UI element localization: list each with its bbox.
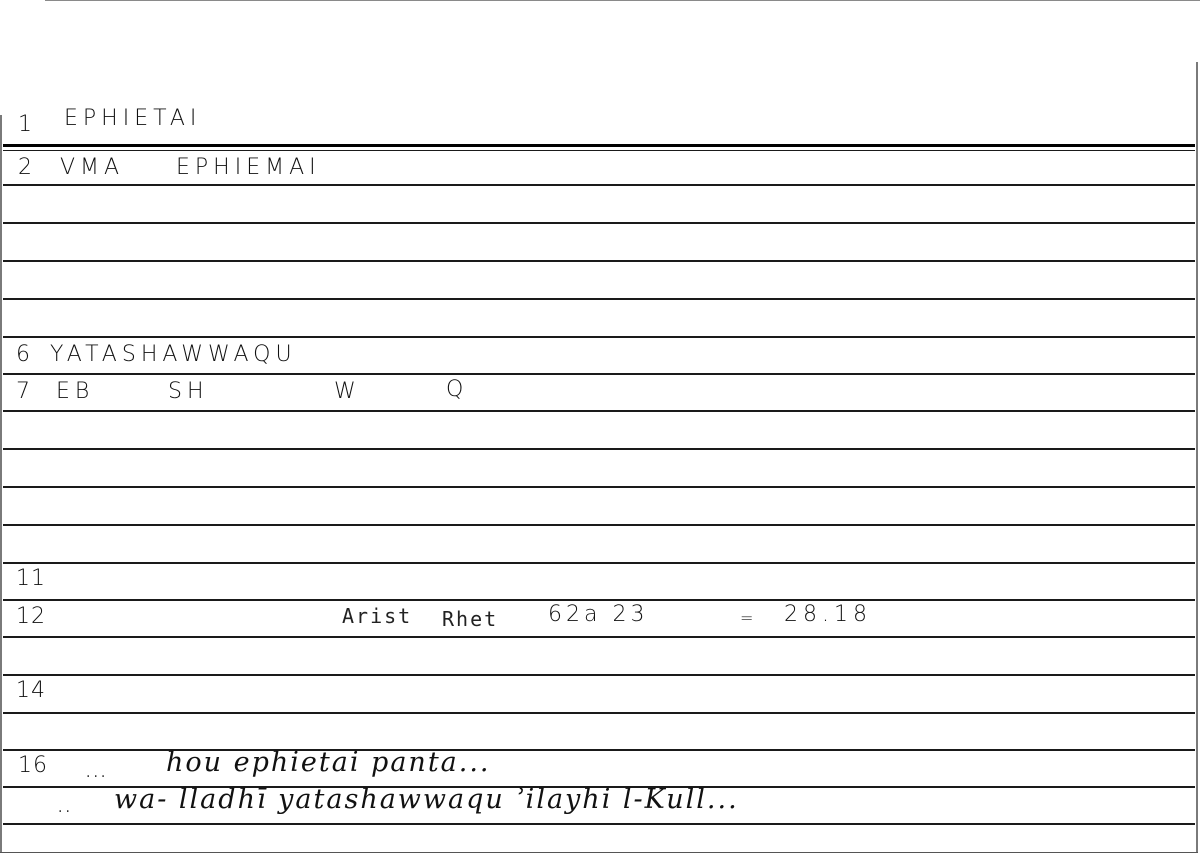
line-number-1: 1 xyxy=(18,112,33,137)
root-letter-q: Q xyxy=(446,377,468,402)
card-left-edge xyxy=(0,115,2,853)
ruled-line xyxy=(3,562,1195,564)
ruled-line xyxy=(3,636,1195,638)
ruled-line xyxy=(3,599,1195,601)
ruled-line xyxy=(3,298,1195,300)
line-number-6: 6 xyxy=(16,342,31,367)
equivalent-reference: 28.18 xyxy=(784,602,872,627)
ruled-line xyxy=(3,524,1195,526)
source-work: Rhet xyxy=(442,607,498,631)
root-letter-w: W xyxy=(334,379,361,404)
line-2-variant: EPHIEMAI xyxy=(176,155,321,180)
ruled-line xyxy=(3,184,1195,186)
line-number-7: 7 xyxy=(16,379,31,404)
ruled-line xyxy=(3,150,1195,151)
ruled-line xyxy=(3,486,1195,488)
ellipsis: ... xyxy=(86,765,108,781)
source-author: Arist xyxy=(342,604,412,628)
ruled-line xyxy=(3,712,1195,714)
ruled-line xyxy=(3,448,1195,450)
arabic-quotation: wa- lladhī yatashawwaqu ʾilayhi l-Kull..… xyxy=(114,784,739,815)
entry-headword: EPHIETAI xyxy=(64,106,201,131)
ruled-line xyxy=(3,373,1195,375)
ellipsis: .. xyxy=(58,800,73,816)
index-card: 1 EPHIETAI 2 VMA EPHIEMAI 6 YATASHAWWAQU… xyxy=(0,0,1200,859)
card-bottom-edge xyxy=(0,852,1198,853)
ruled-line xyxy=(3,410,1195,412)
ruled-line xyxy=(3,336,1195,338)
line-number-2: 2 xyxy=(18,155,33,180)
line-number-16: 16 xyxy=(18,753,48,778)
line-2-prefix: VMA xyxy=(60,155,124,180)
line-number-11: 11 xyxy=(16,566,46,591)
equals-sign: = xyxy=(740,608,754,627)
root-letter-eb: EB xyxy=(56,379,94,404)
source-reference: 62a 23 xyxy=(548,602,648,627)
card-right-edge xyxy=(1196,62,1198,852)
ruled-line xyxy=(3,674,1195,676)
ruled-line xyxy=(3,260,1195,262)
greek-quotation: hou ephietai panta... xyxy=(166,747,491,778)
line-number-12: 12 xyxy=(16,604,46,629)
ruled-line xyxy=(3,222,1195,224)
card-top-edge xyxy=(45,0,1200,1)
root-letter-sh: SH xyxy=(168,379,209,404)
ruled-line xyxy=(3,144,1195,147)
arabic-transliteration: YATASHAWWAQU xyxy=(50,342,297,367)
ruled-line xyxy=(3,823,1195,825)
line-number-14: 14 xyxy=(16,678,46,703)
